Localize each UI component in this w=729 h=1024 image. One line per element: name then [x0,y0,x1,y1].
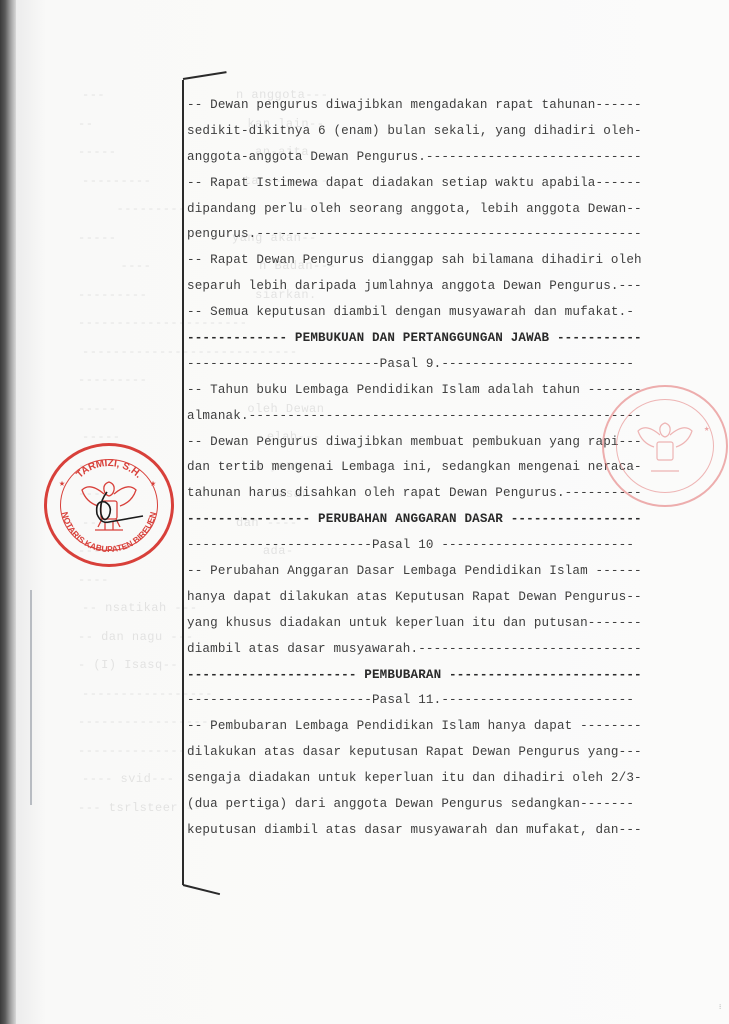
text-line: -- Pembubaran Lembaga Pendidikan Islam h… [187,714,687,740]
bleed-through-line: ---- [78,573,117,587]
text-line: -- Rapat Istimewa dapat diadakan setiap … [187,171,687,197]
text-line: -- Dewan pengurus diwajibkan mengadakan … [187,93,687,119]
text-line: keputusan diambil atas dasar musyawarah … [187,818,687,844]
text-line: separuh lebih daripada jumlahnya anggota… [187,274,687,300]
faded-stamp: ★ [602,385,728,507]
article-number: -------------------------Pasal 9.-------… [187,352,687,378]
text-line: dipandang perlu oleh seorang anggota, le… [187,197,687,223]
notary-stamp: TARMIZI, S.H. NOTARIS KABUPATEN BIREUEN … [44,443,174,567]
text-line: sengaja diadakan untuk keperluan itu dan… [187,766,687,792]
bleed-through-line: -- nsatikah --- [82,601,198,615]
text-line: yang khusus diadakan untuk keperluan itu… [187,611,687,637]
text-line: diambil atas dasar musyawarah.----------… [187,637,687,663]
svg-text:TARMIZI, S.H.: TARMIZI, S.H. [74,458,143,481]
bleed-through-line: ---- svid--- [82,772,174,786]
signature [97,492,143,522]
page-corner-mark: ⁝ [719,1003,721,1012]
text-line: -- Rapat Dewan Pengurus dianggap sah bil… [187,248,687,274]
bleed-through-line: -- dan nagu --- [78,630,194,644]
text-line: pengurus.-------------------------------… [187,222,687,248]
section-heading: ------------- PEMBUKUAN DAN PERTANGGUNGA… [187,326,687,352]
article-number: ------------------------Pasal 10 -------… [187,533,687,559]
text-line: -- Perubahan Anggaran Dasar Lembaga Pend… [187,559,687,585]
section-heading: ---------------- PERUBAHAN ANGGARAN DASA… [187,507,687,533]
notary-stamp-graphic: TARMIZI, S.H. NOTARIS KABUPATEN BIREUEN … [47,446,171,564]
text-line: (dua pertiga) dari anggota Dewan Penguru… [187,792,687,818]
svg-text:★: ★ [59,479,65,490]
section-heading: ---------------------- PEMBUBARAN ------… [187,663,687,689]
article-number: ------------------------Pasal 11.-------… [187,688,687,714]
binding-edge [0,0,16,1024]
svg-text:★: ★ [704,424,710,434]
page-fold [30,590,32,805]
svg-text:★: ★ [150,479,156,490]
text-line: sedikit-dikitnya 6 (enam) bulan sekali, … [187,119,687,145]
text-line: dilakukan atas dasar keputusan Rapat Dew… [187,740,687,766]
text-line: anggota-anggota Dewan Pengurus.---------… [187,145,687,171]
garuda-emblem-icon [638,423,692,471]
text-line: hanya dapat dilakukan atas Keputusan Rap… [187,585,687,611]
text-line: -- Semua keputusan diambil dengan musyaw… [187,300,687,326]
bleed-through-line: - (I) Isasq-- [78,658,178,672]
faded-stamp-graphic: ★ [604,387,726,505]
margin-bracket [182,80,184,885]
